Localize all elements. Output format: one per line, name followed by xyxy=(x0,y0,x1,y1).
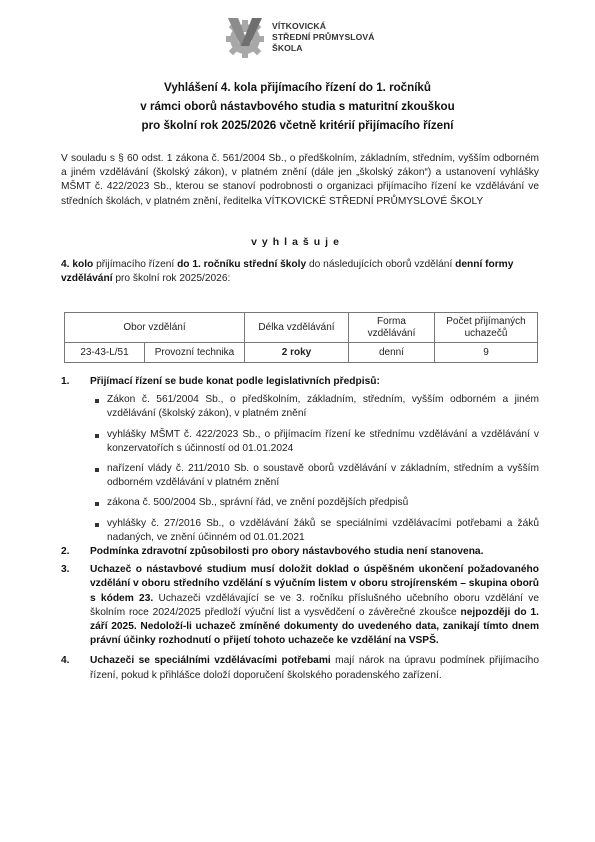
cell-code: 23-43-L/51 xyxy=(65,343,145,363)
section-1: 1. Přijímací řízení se bude konat podle … xyxy=(61,375,539,545)
title-line-1: Vyhlášení 4. kola přijímacího řízení do … xyxy=(40,78,555,97)
round-text-bold: do 1. ročníku střední školy xyxy=(177,259,306,270)
list-item: vyhlášky č. 27/2016 Sb., o vzdělávání žá… xyxy=(90,517,539,545)
cell-count: 9 xyxy=(435,343,538,363)
section-text-bold: Uchazeči se speciálními vzdělávacími pot… xyxy=(90,655,331,666)
section-number: 1. xyxy=(61,375,70,389)
section-4: 4. Uchazeči se speciálními vzdělávacími … xyxy=(61,654,539,682)
school-header: VÍTKOVICKÁ STŘEDNÍ PRŮMYSLOVÁ ŠKOLA xyxy=(222,12,375,62)
section-3: 3. Uchazeč o nástavbové studium musí dol… xyxy=(61,563,539,648)
document-title: Vyhlášení 4. kola přijímacího řízení do … xyxy=(40,78,555,135)
title-line-2: v rámci oborů nástavbového studia s matu… xyxy=(40,97,555,116)
list-item: Zákon č. 561/2004 Sb., o předškolním, zá… xyxy=(90,393,539,421)
section-title: Podmínka zdravotní způsobilosti pro obor… xyxy=(90,545,539,559)
criteria-sections: 1. Přijímací řízení se bude konat podle … xyxy=(61,375,539,686)
round-text: do následujících oborů vzdělání xyxy=(306,259,455,270)
section-2: 2. Podmínka zdravotní způsobilosti pro o… xyxy=(61,545,539,559)
list-item: vyhlášky MŠMT č. 422/2023 Sb., o přijíma… xyxy=(90,428,539,456)
header-forma: Forma vzdělávání xyxy=(349,313,435,343)
cell-length: 2 roky xyxy=(245,343,349,363)
laws-list: Zákon č. 561/2004 Sb., o předškolním, zá… xyxy=(90,393,539,545)
section-number: 3. xyxy=(61,563,70,577)
round-paragraph: 4. kolo přijímacího řízení do 1. ročníku… xyxy=(61,258,539,286)
round-text: přijímacího řízení xyxy=(93,259,177,270)
cell-form: denní xyxy=(349,343,435,363)
round-text: pro školní rok 2025/2026: xyxy=(113,273,231,284)
school-name-line-3: ŠKOLA xyxy=(272,43,375,54)
title-line-3: pro školní rok 2025/2026 včetně kritérií… xyxy=(40,116,555,135)
table-header-row: Obor vzdělání Délka vzdělávání Forma vzd… xyxy=(65,313,538,343)
header-delka: Délka vzdělávání xyxy=(245,313,349,343)
document-page: VÍTKOVICKÁ STŘEDNÍ PRŮMYSLOVÁ ŠKOLA Vyhl… xyxy=(0,0,595,842)
list-item: zákona č. 500/2004 Sb., správní řád, ve … xyxy=(90,496,539,510)
header-obor: Obor vzdělání xyxy=(65,313,245,343)
section-number: 2. xyxy=(61,545,70,559)
intro-paragraph: V souladu s § 60 odst. 1 zákona č. 561/2… xyxy=(61,152,539,209)
declaration-heading: vyhlašuje xyxy=(0,236,595,248)
round-text-bold: 4. kolo xyxy=(61,259,93,270)
table-row: 23-43-L/51 Provozní technika 2 roky denn… xyxy=(65,343,538,363)
programs-table: Obor vzdělání Délka vzdělávání Forma vzd… xyxy=(64,312,538,363)
section-number: 4. xyxy=(61,654,70,668)
list-item: nařízení vlády č. 211/2010 Sb. o soustav… xyxy=(90,462,539,490)
gear-v-logo-icon xyxy=(222,14,268,60)
header-pocet: Počet přijímaných uchazečů xyxy=(435,313,538,343)
school-name-line-1: VÍTKOVICKÁ xyxy=(272,21,375,32)
section-title: Přijímací řízení se bude konat podle leg… xyxy=(90,375,539,389)
school-name: VÍTKOVICKÁ STŘEDNÍ PRŮMYSLOVÁ ŠKOLA xyxy=(272,21,375,54)
cell-name: Provozní technika xyxy=(145,343,245,363)
school-name-line-2: STŘEDNÍ PRŮMYSLOVÁ xyxy=(272,32,375,43)
